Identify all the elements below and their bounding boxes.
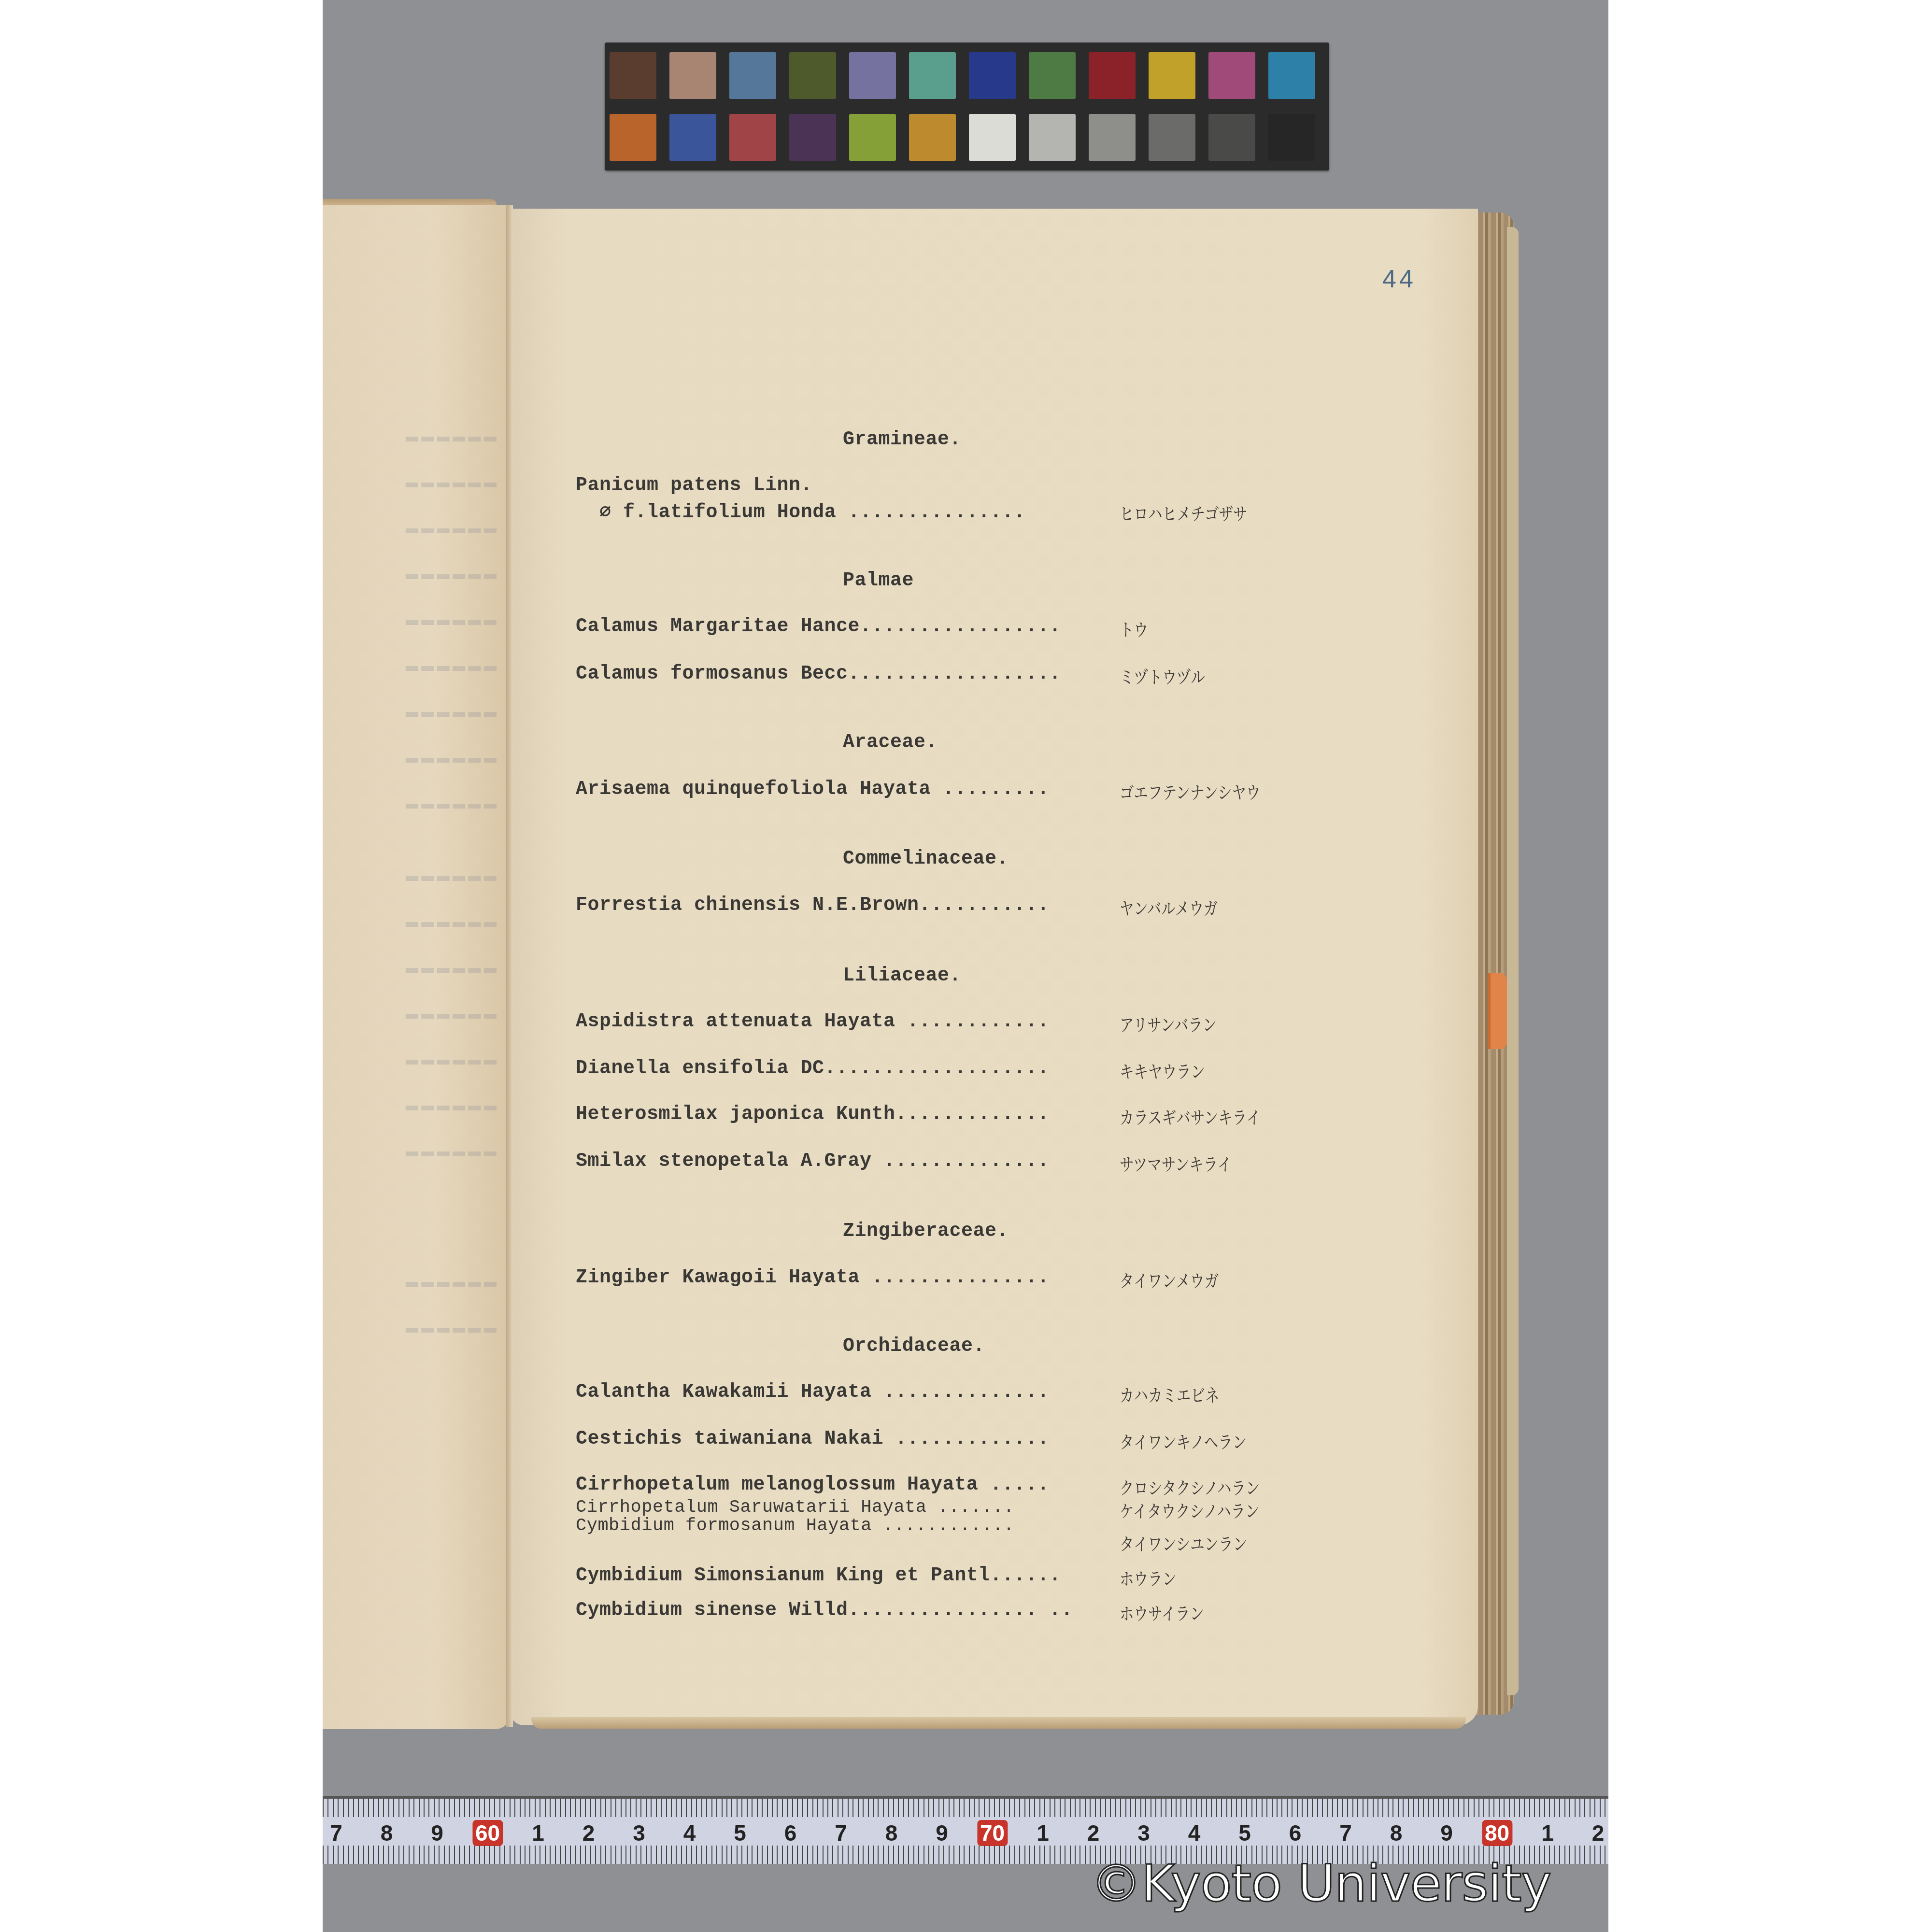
species-name: Cymbidium sinense Willd................ … — [576, 1600, 1073, 1621]
color-swatch — [1029, 114, 1076, 161]
family-heading: Orchidaceae. — [843, 1335, 985, 1357]
right-page-bottom-edge — [531, 1717, 1466, 1729]
bleed-through-text: ▬▬▬▬▬▬ — [323, 654, 497, 671]
ruler-label: 8 — [885, 1820, 898, 1846]
japanese-name: ヤンバルメウガ — [1120, 895, 1218, 920]
family-heading: Zingiberaceae. — [843, 1221, 1009, 1242]
japanese-name: クロシタクシノハラン — [1120, 1475, 1260, 1500]
bleed-through-text: ▬▬▬▬▬▬ — [323, 563, 497, 579]
bleed-through-text: ▬▬▬▬▬▬ — [323, 700, 497, 717]
japanese-name: タイワンシユンラン — [1120, 1531, 1247, 1556]
family-heading: Palmae — [843, 570, 914, 592]
ruler-label: 1 — [1037, 1820, 1049, 1846]
family-heading: Liliaceae. — [843, 965, 961, 987]
color-chart-row-1 — [610, 52, 1315, 99]
species-name: Heterosmilax japonica Kunth............. — [576, 1104, 1049, 1125]
bleed-through-text: ▬▬▬▬▬▬ — [323, 1270, 497, 1287]
japanese-name: タイワンキノヘラン — [1120, 1429, 1247, 1454]
color-swatch — [610, 52, 656, 99]
ruler-label: 6 — [784, 1820, 797, 1846]
bleed-through-text: ▬▬▬▬▬▬ — [323, 910, 497, 927]
ruler-label: 3 — [1137, 1820, 1150, 1846]
color-chart-row-2 — [610, 114, 1315, 161]
species-name: Cymbidium formosanum Hayata ............ — [576, 1516, 1014, 1536]
ruler-label: 7 — [1339, 1820, 1352, 1846]
species-name: Calamus Margaritae Hance................… — [576, 616, 1061, 638]
japanese-name: サツマサンキライ — [1120, 1151, 1232, 1176]
species-name: Forrestia chinensis N.E.Brown........... — [576, 895, 1049, 916]
bleed-through-text: ▬▬▬▬▬▬ — [323, 1002, 497, 1019]
japanese-name: ゴエフテンナンシヤウ — [1120, 780, 1261, 804]
ruler-label: 8 — [381, 1820, 393, 1846]
ruler-label: 2 — [1592, 1820, 1605, 1846]
family-heading: Gramineae. — [843, 429, 961, 451]
species-name: Cirrhopetalum melanoglossum Hayata ..... — [576, 1474, 1049, 1496]
orange-tab-marker — [1488, 973, 1507, 1049]
species-name: Aspidistra attenuata Hayata ............ — [576, 1011, 1049, 1033]
color-calibration-chart — [605, 43, 1329, 170]
ruler-label: 80 — [1482, 1820, 1512, 1846]
species-name: Arisaema quinquefoliola Hayata ......... — [576, 779, 1049, 800]
species-name: ⌀ f.latifolium Honda ............... — [576, 500, 1025, 524]
japanese-name: ミヅトウヅル — [1120, 664, 1205, 689]
ruler-labels: 78960123456789701234567898012 — [323, 1820, 1608, 1844]
ruler-label: 5 — [734, 1820, 746, 1846]
japanese-name: カラスギバサンキライ — [1120, 1105, 1261, 1129]
japanese-name: ケイタウクシノハラン — [1120, 1498, 1260, 1523]
color-swatch — [1029, 52, 1076, 99]
color-swatch — [909, 114, 956, 161]
ruler-label: 70 — [977, 1820, 1008, 1846]
ruler-label: 8 — [1390, 1820, 1403, 1846]
bleed-through-text: ▬▬▬▬▬▬ — [323, 1140, 497, 1156]
japanese-name: ヒロハヒメチゴザサ — [1120, 501, 1248, 526]
bleed-through-text: ▬▬▬▬▬▬ — [323, 425, 497, 441]
ruler-label: 1 — [532, 1820, 544, 1846]
color-swatch — [789, 114, 836, 161]
color-swatch — [909, 52, 956, 99]
copyright-watermark: ©Kyoto University — [1091, 1854, 1551, 1913]
species-name: Calantha Kawakamii Hayata .............. — [576, 1381, 1049, 1403]
species-name: Zingiber Kawagoii Hayata ............... — [576, 1267, 1049, 1289]
species-name: Cestichis taiwaniana Nakai ............. — [576, 1428, 1049, 1450]
book-gutter — [506, 205, 513, 1727]
ruler-label: 2 — [582, 1820, 595, 1846]
color-swatch — [1089, 52, 1136, 99]
color-swatch — [849, 52, 896, 99]
ruler-label: 4 — [1188, 1820, 1201, 1846]
ruler-label: 2 — [1087, 1820, 1100, 1846]
bleed-through-text: ▬▬▬▬▬▬ — [323, 1094, 497, 1110]
fore-edge — [1507, 227, 1519, 1695]
japanese-name: キキヤウラン — [1120, 1059, 1205, 1083]
japanese-name: タイワンメウガ — [1120, 1268, 1219, 1293]
color-swatch — [1089, 114, 1136, 161]
ruler-label: 5 — [1238, 1820, 1251, 1846]
ruler-label: 4 — [683, 1820, 696, 1846]
japanese-name: トウ — [1120, 617, 1148, 641]
family-heading: Araceae. — [843, 732, 938, 753]
ruler-ticks-top — [323, 1799, 1608, 1817]
color-swatch — [1149, 114, 1195, 161]
color-swatch — [669, 52, 716, 99]
species-name: Cymbidium Simonsianum King et Pantl.....… — [576, 1565, 1061, 1587]
species-name: Smilax stenopetala A.Gray .............. — [576, 1151, 1049, 1172]
color-swatch — [789, 52, 836, 99]
color-swatch — [849, 114, 896, 161]
color-swatch — [729, 52, 776, 99]
ruler-label: 9 — [1440, 1820, 1453, 1846]
bleed-through-text: ▬▬▬▬▬▬ — [323, 471, 497, 487]
japanese-name: アリサンバラン — [1120, 1012, 1217, 1037]
bleed-through-text: ▬▬▬▬▬▬ — [323, 517, 497, 533]
species-name: Calamus formosanus Becc.................… — [576, 663, 1061, 685]
bleed-through-text: ▬▬▬▬▬▬ — [323, 865, 497, 881]
color-swatch — [1268, 52, 1315, 99]
ruler-label: 60 — [472, 1820, 503, 1846]
color-swatch — [969, 114, 1016, 161]
color-swatch — [1149, 52, 1195, 99]
species-name: Cirrhopetalum Saruwatarii Hayata ....... — [576, 1497, 1014, 1518]
family-heading: Commelinaceae. — [843, 848, 1009, 870]
color-swatch — [1208, 52, 1255, 99]
japanese-name: カハカミエビネ — [1120, 1382, 1220, 1407]
ruler-label: 7 — [835, 1820, 847, 1846]
ruler-label: 9 — [936, 1820, 948, 1846]
species-name: Dianella ensifolia DC................... — [576, 1058, 1049, 1080]
ruler-label: 6 — [1289, 1820, 1302, 1846]
page-number: 44 — [1382, 265, 1416, 294]
ruler-label: 9 — [431, 1820, 443, 1846]
color-swatch — [1268, 114, 1315, 161]
bleed-through-text: ▬▬▬▬▬▬ — [323, 792, 497, 809]
ruler-label: 7 — [330, 1820, 342, 1846]
bleed-through-text: ▬▬▬▬▬▬ — [323, 956, 497, 973]
color-swatch — [729, 114, 776, 161]
color-swatch — [1208, 114, 1255, 161]
japanese-name: ホウサイラン — [1120, 1601, 1204, 1625]
bleed-through-text: ▬▬▬▬▬▬ — [323, 746, 497, 763]
bleed-through-text: ▬▬▬▬▬▬ — [323, 1048, 497, 1065]
color-swatch — [669, 114, 716, 161]
color-swatch — [969, 52, 1016, 99]
bleed-through-text: ▬▬▬▬▬▬ — [323, 1316, 497, 1333]
bleed-through-text: ▬▬▬▬▬▬ — [323, 609, 497, 625]
ruler-label: 3 — [633, 1820, 645, 1846]
color-swatch — [610, 114, 656, 161]
ruler-label: 1 — [1541, 1820, 1554, 1846]
species-name: Panicum patens Linn. — [576, 475, 812, 497]
japanese-name: ホウラン — [1120, 1566, 1177, 1591]
